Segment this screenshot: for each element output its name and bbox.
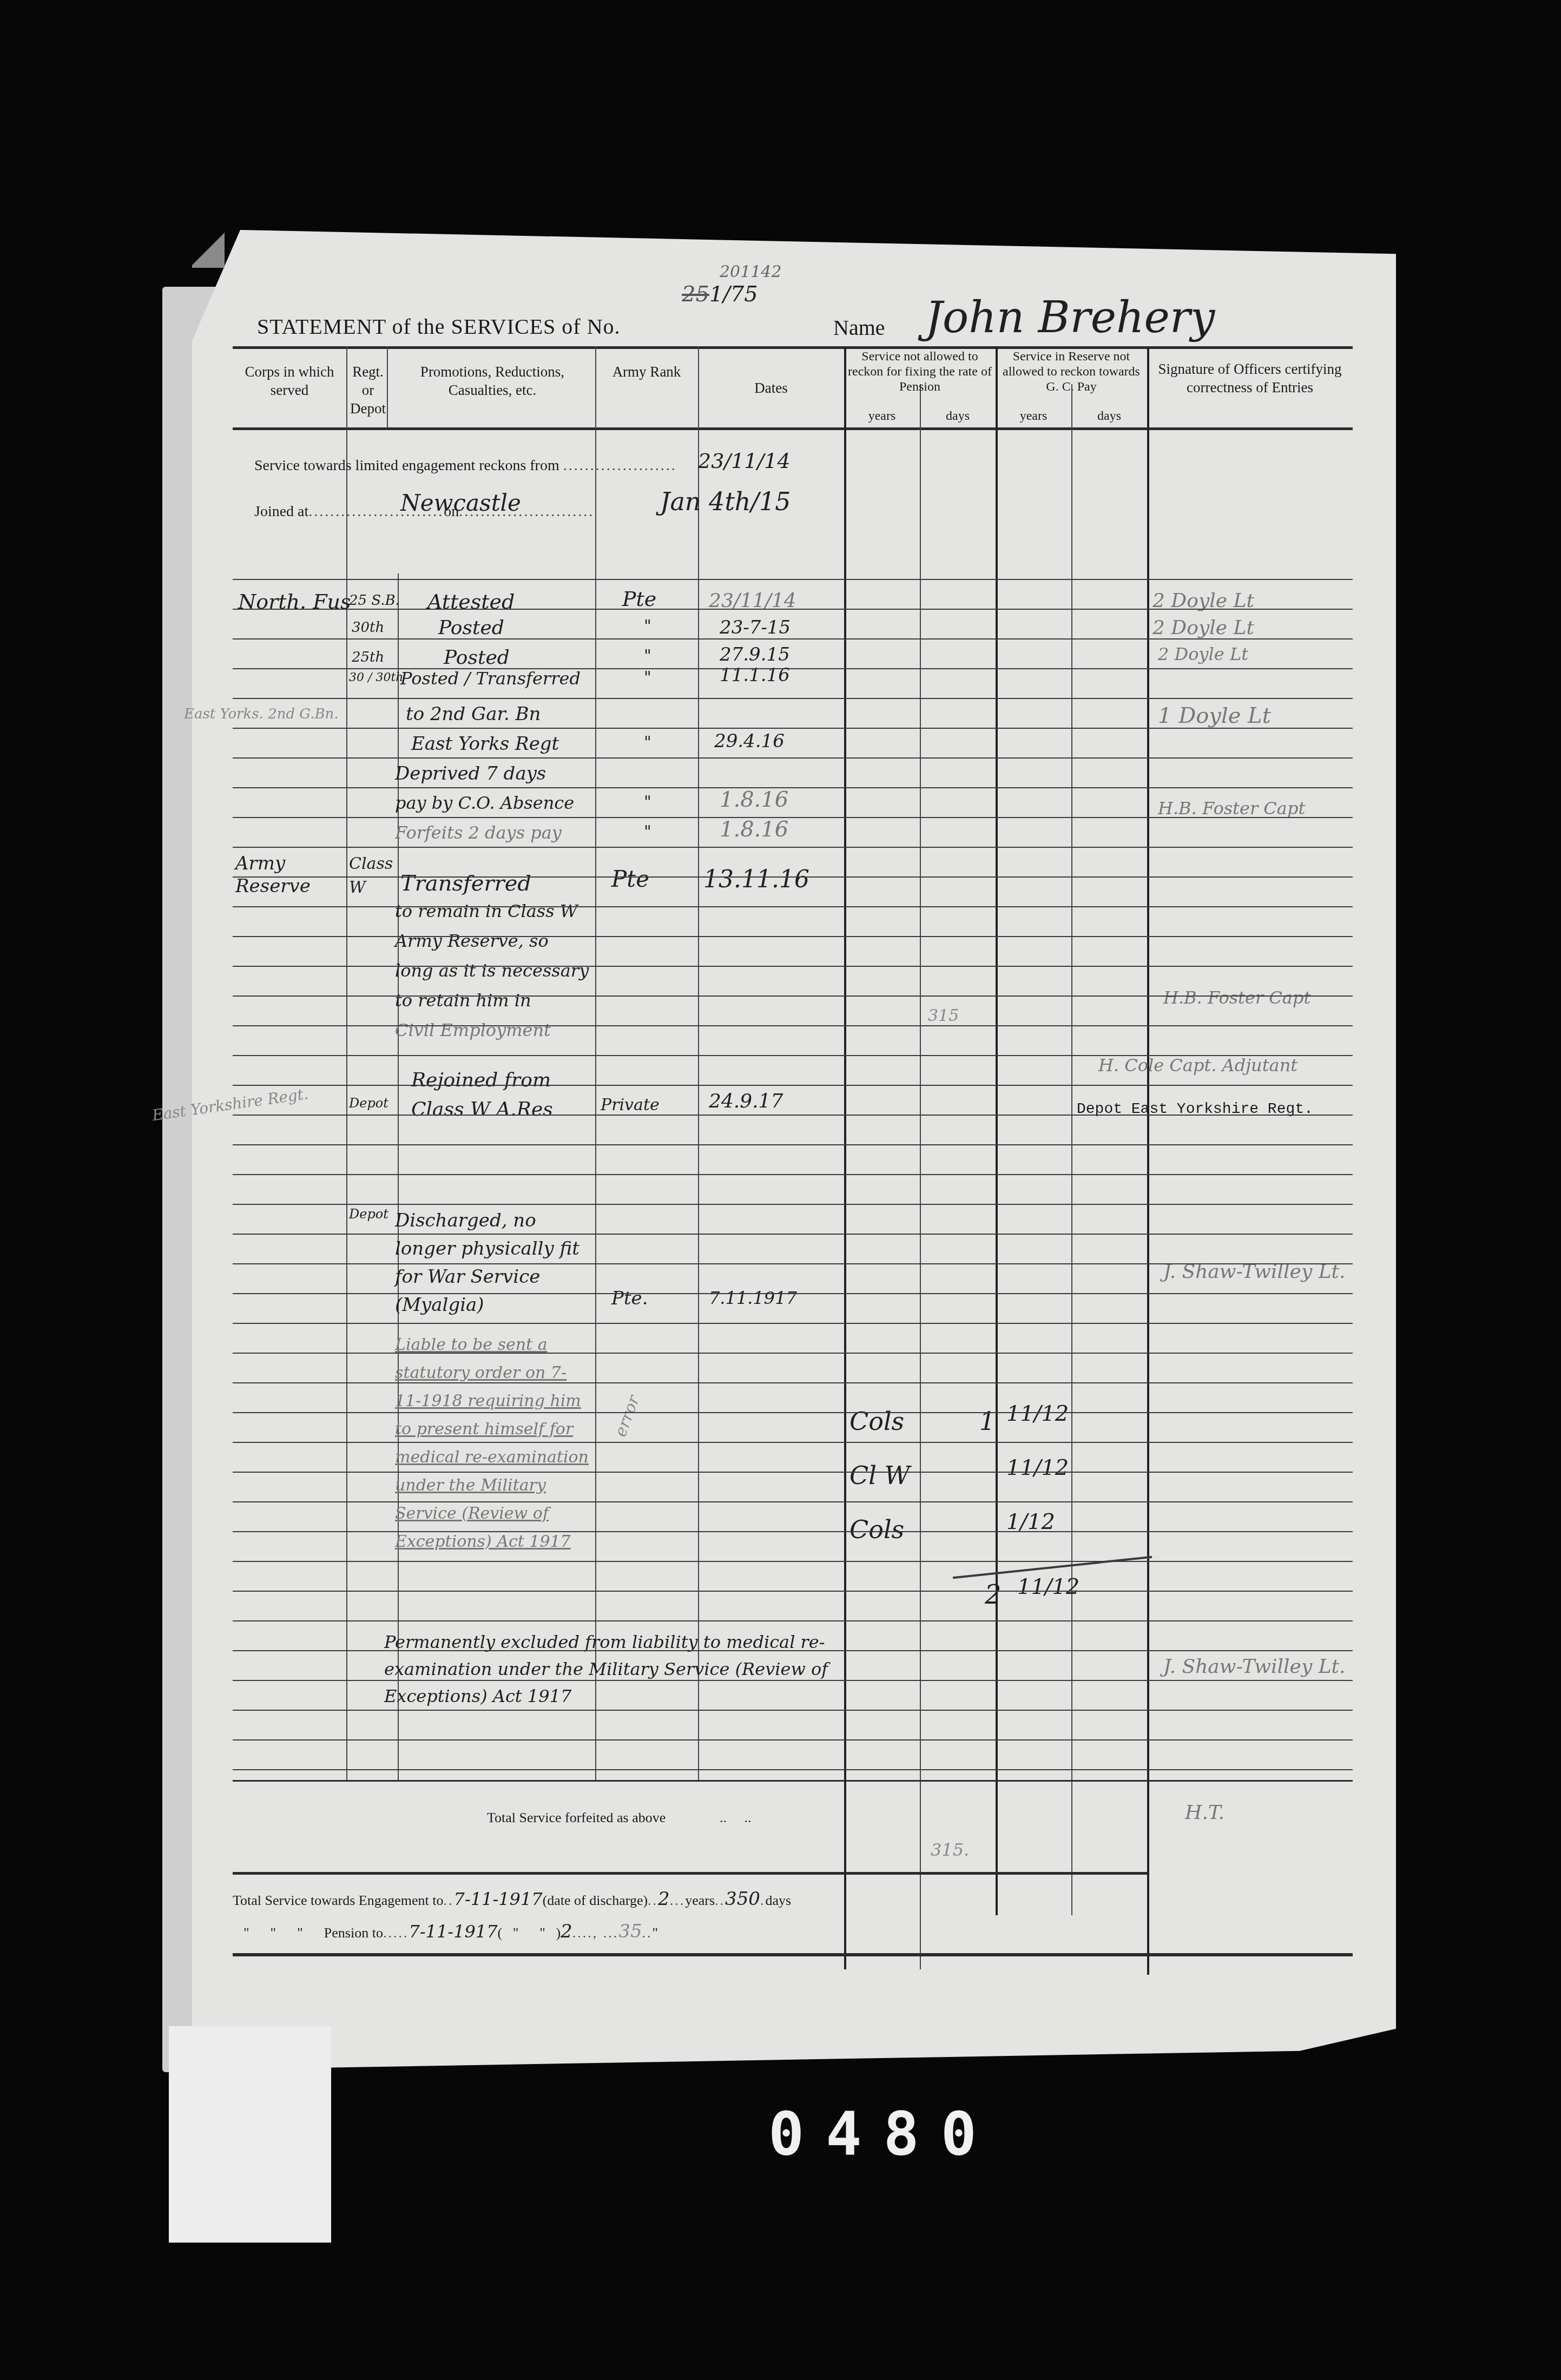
row-rule	[233, 609, 1353, 610]
entry-event: pay by C.O. Absence	[395, 793, 574, 813]
ditto-marks: .. ..	[720, 1810, 752, 1826]
row-rule	[233, 906, 1353, 907]
service-number: 251/75 201142	[682, 281, 758, 307]
entry-rank: Pte.	[611, 1288, 648, 1309]
entry-date: 1.8.16	[720, 817, 788, 842]
officer-initials: H.T.	[1185, 1802, 1224, 1824]
entry-corps: North. Fus	[238, 590, 351, 614]
row-rule	[233, 1382, 1353, 1383]
entry-event: Attested	[427, 590, 515, 614]
header-reserve: Service in Reserve not allowed to reckon…	[996, 349, 1147, 394]
officer-signature: H.B. Foster Capt	[1158, 798, 1305, 819]
row-rule	[233, 1650, 1353, 1651]
col-divider	[844, 346, 846, 1969]
row-rule	[233, 1234, 1353, 1235]
entry-date: 13.11.16	[703, 866, 809, 893]
forfeited-label: Total Service forfeited as above	[487, 1810, 666, 1826]
entry-regt: 30 / 30th	[349, 671, 403, 684]
entry-event-final: Permanently excluded from liability to m…	[384, 1629, 839, 1710]
entry-rank: Private	[601, 1096, 660, 1115]
entry-rank: Pte	[622, 587, 656, 611]
col-divider	[346, 346, 347, 1780]
row-rule	[233, 847, 1353, 848]
reserve-row-days: 11/12	[1006, 1455, 1069, 1480]
entry-regt: Depot	[349, 1096, 388, 1111]
header-top-rule	[233, 346, 1353, 349]
service-form: STATEMENT of the SERVICES of No. 251/75 …	[233, 271, 1369, 1975]
row-rule	[233, 1412, 1353, 1413]
entry-regt: Class W	[349, 852, 387, 900]
row-rule	[233, 787, 1353, 788]
header-regt: Regt. or Depot	[346, 362, 390, 418]
entry-regt: 30th	[352, 619, 384, 636]
header-rank: Army Rank	[595, 362, 698, 381]
entry-event: Posted	[444, 647, 510, 669]
row-rule	[233, 1739, 1353, 1741]
frame-number: 0480	[768, 2099, 998, 2168]
header-corps: Corps in which served	[233, 362, 346, 399]
header-promotions: Promotions, Reductions, Casualties, etc.	[390, 362, 595, 399]
service-number-main: 1/75	[709, 282, 758, 307]
row-rule	[233, 668, 1353, 669]
row-rule	[233, 638, 1353, 639]
row-rule	[233, 876, 1353, 878]
row-rule	[233, 1353, 1353, 1354]
officer-signature: 2 Doyle Lt	[1152, 617, 1254, 639]
folded-corner	[192, 230, 225, 268]
entry-corps: Army Reserve	[235, 852, 322, 898]
row-rule	[233, 1293, 1353, 1294]
row-rule	[233, 1531, 1353, 1532]
entry-event: Discharged, no longer physically fit for…	[395, 1207, 590, 1319]
row-rule	[233, 817, 1353, 818]
header-dates: Dates	[698, 379, 844, 397]
entry-event: Forfeits 2 days pay	[395, 822, 562, 843]
reserve-row-years: 1	[979, 1407, 995, 1436]
entry-date: 7.11.1917	[709, 1288, 797, 1308]
forfeited-days: 315.	[931, 1840, 969, 1860]
soldier-name: John Brehery	[925, 292, 1215, 342]
form-title: STATEMENT of the SERVICES of No.	[257, 314, 621, 339]
archive-tag	[169, 2026, 331, 2243]
entry-event: Posted / Transferred	[400, 668, 581, 689]
row-rule	[233, 1263, 1353, 1264]
entry-rank: "	[644, 617, 651, 636]
entry-event: to 2nd Gar. Bn	[406, 703, 541, 725]
header-reserve-days: days	[1071, 408, 1147, 424]
header-pension: Service not allowed to reckon for fixing…	[844, 349, 996, 394]
joined-on-date: Jan 4th/15	[660, 487, 791, 516]
row-rule	[233, 1710, 1353, 1711]
row-rule	[233, 728, 1353, 729]
entry-date: 23-7-15	[720, 617, 791, 638]
row-rule	[233, 1085, 1353, 1086]
entry-event: Civil Employment	[395, 1020, 551, 1040]
row-rule	[233, 1591, 1353, 1592]
col-divider	[698, 346, 699, 1780]
reserve-row-label: Cl W	[849, 1461, 910, 1490]
row-rule	[233, 1055, 1353, 1056]
row-rule	[233, 936, 1353, 937]
row-rule	[233, 1680, 1353, 1681]
officer-signature: 1 Doyle Lt	[1158, 703, 1271, 728]
officer-signature: H. Cole Capt. Adjutant	[1098, 1055, 1297, 1076]
entry-event: Posted	[438, 617, 504, 639]
header-bottom-rule	[233, 427, 1353, 430]
totals-bottom-rule	[233, 1953, 1353, 1956]
reserve-total-days: 11/12	[1017, 1574, 1079, 1599]
row-rule	[233, 579, 1353, 580]
reserve-row-label: Cols	[849, 1407, 904, 1436]
header-pension-years: years	[844, 408, 920, 424]
row-rule	[233, 1442, 1353, 1443]
entry-date: 29.4.16	[714, 730, 785, 752]
row-rule	[233, 698, 1353, 699]
row-rule	[233, 966, 1353, 967]
entry-event: to remain in Class W	[395, 901, 578, 921]
totals-top-rule	[233, 1780, 1353, 1782]
row-rule	[233, 757, 1353, 759]
name-label: Name	[833, 315, 885, 340]
reserve-row-days: 11/12	[1006, 1401, 1069, 1426]
entry-rank: "	[644, 668, 651, 687]
officer-signature: H.B. Foster Capt	[1163, 987, 1310, 1008]
col-divider	[398, 573, 399, 1780]
engagement-row: Total Service towards Engagement to..7-1…	[233, 1888, 791, 1910]
entry-rank: "	[644, 733, 651, 752]
reserve-row-label: Cols	[849, 1515, 904, 1544]
entry-event: Deprived 7 days	[395, 763, 546, 784]
entry-event: Transferred	[400, 871, 531, 896]
entry-event: Army Reserve, so	[395, 931, 549, 951]
entry-date: 1.8.16	[720, 787, 788, 812]
entry-rank: Pte	[611, 866, 649, 892]
row-rule	[233, 1115, 1353, 1116]
officer-signature: J. Shaw-Twilley Lt.	[1163, 1656, 1346, 1678]
totals-mid-rule	[233, 1872, 1147, 1875]
entry-rank: "	[644, 647, 651, 665]
entry-rank: "	[644, 793, 651, 812]
header-pension-days: days	[920, 408, 996, 424]
row-rule	[233, 1561, 1353, 1562]
limited-engagement-date: 23/11/14	[698, 449, 791, 473]
row-rule	[233, 1769, 1353, 1770]
entry-regt: 25th	[352, 649, 384, 665]
row-rule	[233, 1204, 1353, 1205]
joined-at-place: Newcastle	[400, 490, 521, 516]
pension-days-value: 315	[928, 1006, 959, 1025]
row-rule	[233, 1174, 1353, 1175]
entry-event: East Yorks Regt	[411, 733, 559, 755]
pension-row: " " " Pension to.....7-11-1917( " " )2..…	[243, 1921, 658, 1942]
entry-event-struck: Liable to be sent a statutory order on 7…	[395, 1331, 590, 1556]
entry-event: long as it is necessary	[395, 960, 589, 981]
row-rule	[233, 1144, 1353, 1145]
entry-date: 24.9.17	[709, 1090, 783, 1112]
service-number-old: 25	[682, 282, 709, 307]
error-annotation: error	[611, 1393, 643, 1439]
header-signature: Signature of Officers certifying correct…	[1147, 360, 1353, 397]
entry-event: to retain him in	[395, 990, 531, 1011]
col-divider	[1147, 346, 1149, 1975]
entry-corps: East Yorks. 2nd G.Bn.	[184, 706, 339, 722]
entry-rank: "	[644, 822, 651, 841]
col-divider	[1071, 384, 1072, 1915]
reserve-total-years: 2	[985, 1580, 1002, 1610]
row-rule	[233, 1501, 1353, 1502]
col-divider	[920, 384, 921, 1969]
entry-regt: Depot	[349, 1207, 388, 1222]
entry-regt: 25 S.B.	[349, 592, 400, 609]
row-rule	[233, 1472, 1353, 1473]
entry-date: 11.1.16	[720, 664, 790, 686]
row-rule	[233, 1025, 1353, 1026]
row-rule	[233, 1323, 1353, 1324]
limited-engagement-label: Service towards limited engagement recko…	[254, 457, 677, 474]
row-rule	[233, 1620, 1353, 1621]
col-divider	[595, 346, 596, 1780]
officer-signature: 2 Doyle Lt	[1158, 644, 1248, 664]
row-rule	[233, 995, 1353, 997]
header-reserve-years: years	[996, 408, 1071, 424]
entry-date: 27.9.15	[720, 644, 790, 665]
service-number-new: 201142	[720, 262, 782, 281]
